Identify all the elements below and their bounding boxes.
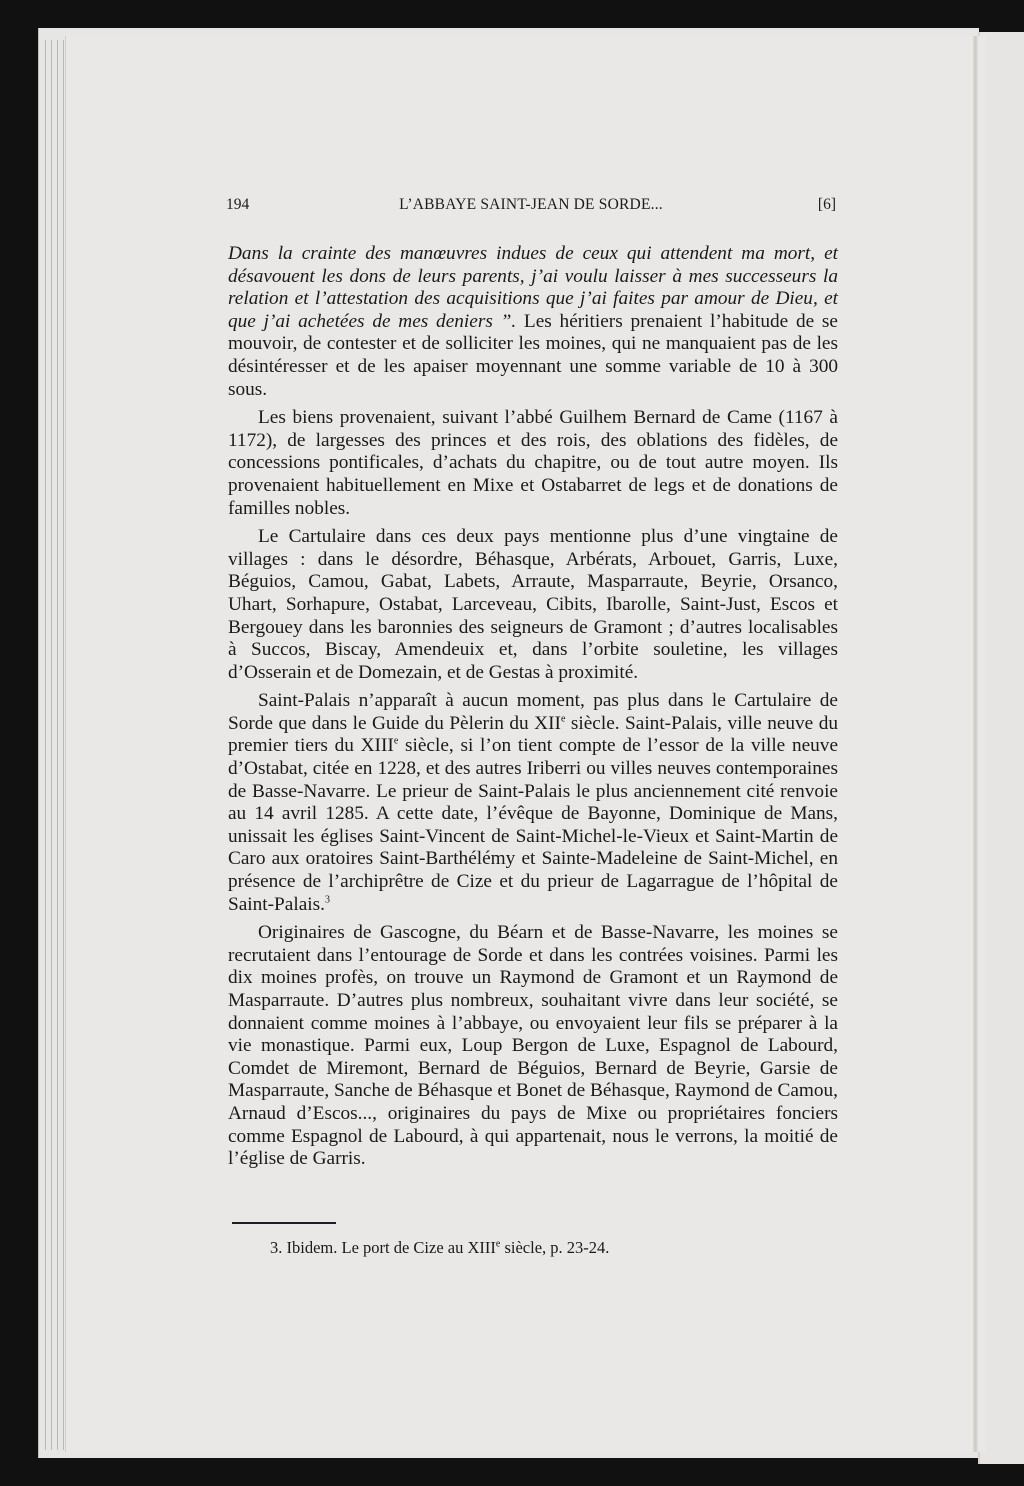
footnote-reference[interactable]: 3 (325, 894, 330, 905)
paragraph-text: siècle, si l’on tient compte de l’essor … (228, 735, 838, 914)
book-gutter (973, 36, 978, 1452)
page-edge-line (63, 40, 64, 1450)
body-text: Dans la crainte des manœuvres indues de … (228, 243, 838, 1171)
page-edge-line (51, 40, 52, 1450)
paragraph-2: Les biens provenaient, suivant l’abbé Gu… (228, 407, 838, 520)
section-number: [6] (818, 196, 836, 214)
paragraph-3: Le Cartulaire dans ces deux pays mention… (228, 526, 838, 684)
paragraph-4: Saint-Palais n’apparaît à aucun moment, … (228, 690, 838, 916)
page-edge-line (45, 40, 46, 1450)
running-title: L’ABBAYE SAINT-JEAN DE SORDE... (226, 196, 836, 214)
footnote-text: 3. Ibidem. Le port de Cize au XIII (270, 1238, 496, 1257)
page-edge-line (57, 40, 58, 1450)
paragraph-1: Dans la crainte des manœuvres indues de … (228, 243, 838, 401)
running-head: 194 L’ABBAYE SAINT-JEAN DE SORDE... [6] (226, 196, 836, 218)
footnote-3: 3. Ibidem. Le port de Cize au XIIIe sièc… (270, 1238, 850, 1258)
paragraph-5: Originaires de Gascogne, du Béarn et de … (228, 922, 838, 1171)
footnote-text: siècle, p. 23-24. (500, 1238, 609, 1257)
footnote-rule (232, 1222, 336, 1224)
